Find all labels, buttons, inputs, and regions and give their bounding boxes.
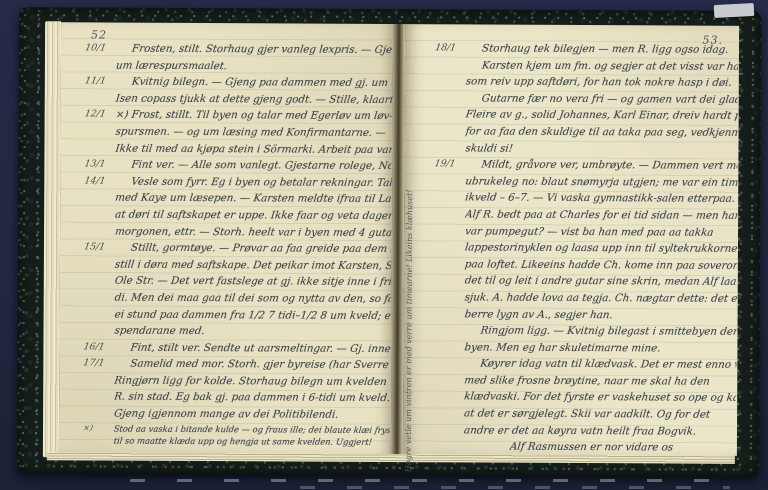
journal-line: spendarane med. [83, 322, 389, 340]
entry-date [82, 273, 115, 290]
entry-text: morgonen, ettr. — Storh. heelt var i bye… [114, 223, 392, 241]
entry-text: Isen copass tjukk at dette gjeng godt. —… [115, 90, 393, 108]
entry-text: ikveld – 6–7. — Vi vaska gymnastikk-sale… [464, 190, 738, 208]
entry-text: ×) Frost, stillt. Til byen og talar med … [115, 107, 393, 125]
entry-date [432, 322, 465, 339]
journal-line: Fleire av g., solid Johannes, Karl Einar… [435, 107, 737, 125]
journal-line: Gutarne fær no vera fri — og gamen vart … [435, 90, 737, 108]
entry-text: still i døra med saftskape. Det peikar i… [114, 256, 392, 274]
entry-date [83, 57, 116, 74]
entry-date [82, 435, 114, 448]
entry-date: 11/1 [83, 74, 116, 91]
journal-line: sjuk. A. hadde lova aa tegja. Ch. nægtar… [434, 289, 736, 307]
entry-text: Alf Rasmussen er nor vidare os [463, 439, 737, 457]
entry-text: Karsten kjem um fm. og segjer at det vis… [465, 57, 739, 75]
entry-text: byen. Men eg har skuletimarne mine. [463, 339, 737, 357]
entry-text: Gjeng igjennom mange av dei Politibilend… [113, 406, 391, 424]
entry-date [83, 190, 116, 207]
entry-date [83, 206, 116, 223]
entry-text: Storhaug tek bilegjen — men R. ligg ogso… [465, 40, 739, 58]
entry-date: 13/1 [83, 157, 116, 174]
journal-line: 10/1Frosten, stilt. Storhaug gjer vanleg… [85, 40, 391, 58]
entry-date: 15/1 [82, 240, 115, 257]
journal-line: med Kaye um læsepen. — Karsten meldte if… [84, 190, 390, 208]
journal-line: morgonen, ettr. — Storh. heelt var i bye… [84, 223, 390, 241]
entry-text: Stillt, gormtøye. — Prøvar aa faa greide… [114, 240, 392, 258]
journal-line: at det er sørgjelegt. Skii var aadkilt. … [433, 405, 735, 423]
entry-text: med Kaye um læsepen. — Karsten meldte if… [114, 190, 392, 208]
journal-line: Alf Rasmussen er nor vidare os [433, 438, 735, 456]
journal-line: 12/1×) Frost, stillt. Til byen og talar … [85, 107, 391, 125]
entry-text: Ole Str. — Det vert fastslege at gj. ikk… [114, 273, 392, 291]
entry-date [432, 256, 465, 273]
entry-date [432, 306, 465, 323]
entry-text: Gutarne fær no vera fri — og gamen vart … [465, 90, 739, 108]
entry-text: um lærespursmaalet. [115, 57, 393, 75]
entry-date [82, 405, 115, 422]
bookmark-tab [714, 3, 755, 18]
journal-line: lappestorinyklen og laasa upp inn til sy… [434, 239, 736, 257]
journal-line: var pumpegut? — vist ba han med paa aa t… [434, 223, 736, 241]
entry-date [432, 239, 465, 256]
entry-text: spendarane med. [113, 323, 391, 341]
entry-date [433, 107, 466, 124]
journal-line: Ikke til med aa kjøpa stein i Sörmarki. … [84, 140, 390, 158]
entry-text: klædvaski. For det fyrste er vaskehuset … [463, 389, 737, 407]
entry-date [433, 90, 466, 107]
entry-date [433, 223, 466, 240]
page-left-lines: 10/1Frosten, stilt. Storhaug gjer vanleg… [83, 40, 391, 448]
entry-date [83, 123, 116, 140]
entry-date [82, 306, 115, 323]
entry-text: Samelid med mor. Storh. gjer byreise (ha… [113, 356, 391, 374]
entry-date [82, 372, 115, 389]
journal-line: um lærespursmaalet. [85, 57, 391, 75]
entry-date: 16/1 [82, 339, 115, 356]
entry-text: at døri til saftskapet er uppe. Ikke faa… [114, 207, 392, 225]
journal-line: Køyrer idag vatn til klædvask. Det er me… [433, 356, 735, 374]
entry-text: Fleire av g., solid Johannes, Karl Einar… [465, 107, 739, 125]
entry-text: som reiv upp saftdøri, for han tok nokre… [465, 74, 739, 92]
entry-text: Vesle som fyrr. Eg i byen og betalar rek… [114, 173, 392, 191]
journal-line: 19/1Mildt, gråvore ver, umbrøyte. — Damm… [434, 156, 736, 174]
entry-date [433, 173, 466, 190]
entry-date [433, 123, 466, 140]
journal-line: andre er det aa køyra vatn heilt fraa Bo… [433, 422, 735, 440]
entry-date [431, 438, 464, 455]
entry-text: ei stund paa dammen fra 1/2 7 tidi–1/2 8… [114, 306, 392, 324]
entry-date [433, 73, 466, 90]
journal-line: klædvaski. For det fyrste er vaskehuset … [433, 389, 735, 407]
entry-date: 17/1 [82, 356, 115, 373]
entry-date: 10/1 [84, 40, 117, 57]
entry-text: til so maatte klæda upp og hengja ut sam… [113, 435, 391, 449]
entry-text: Ringjom ligg. — Kvitnig bilegast i smitt… [463, 322, 737, 340]
entry-text: med slike frosne brøytine, naar me skal … [463, 372, 737, 390]
entry-date [432, 289, 465, 306]
entry-date [83, 90, 116, 107]
entry-text: Frosten, stilt. Storhaug gjer vanleg lex… [115, 41, 393, 59]
entry-date [82, 389, 115, 406]
entry-date: 14/1 [83, 173, 116, 190]
entry-text: ubrukeleg no: blaut snømyrja utgjen; me … [464, 173, 738, 191]
entry-date [432, 356, 465, 373]
journal-line: berre lygn av A., segjer han. [434, 306, 736, 324]
entry-date: 19/1 [433, 156, 466, 173]
entry-text: Alf R. bedt paa at Charles for ei tid si… [464, 206, 738, 224]
entry-date [82, 289, 115, 306]
entry-text: Kvitnig bilegn. — Gjeng paa dammen med g… [115, 74, 393, 92]
journal-line: spursmen. — og um læsing med Konfirmanta… [85, 123, 391, 141]
journal-line: di. Men dei maa gaa til dei som og nytta… [84, 289, 390, 307]
journal-line: R. sin stad. Eg bak gj. paa dammen i 6-t… [83, 389, 389, 407]
entry-text: Fint ver. — Alle som vanlegt. Gjestarne … [114, 157, 392, 175]
journal-line: paa loftet. Likeeins hadde Ch. kome inn … [434, 256, 736, 274]
journal-line: 16/1Fint, stilt ver. Sendte ut aarsmelti… [83, 339, 389, 357]
page-right-lines: 18/1Storhaug tek bilegjen — men R. ligg … [433, 40, 737, 456]
journal-line: ubrukeleg no: blaut snømyrja utgjen; me … [434, 173, 736, 191]
entry-date [432, 339, 465, 356]
entry-text: paa loftet. Likeeins hadde Ch. kome inn … [464, 256, 738, 274]
entry-text: lappestorinyklen og laasa upp inn til sy… [464, 240, 738, 258]
entry-text: berre lygn av A., segjer han. [464, 306, 738, 324]
journal-line: det til og leit i andre gutar sine skrin… [434, 273, 736, 291]
entry-text: R. sin stad. Eg bak gj. paa dammen i 6-t… [113, 389, 391, 407]
entry-date [432, 405, 465, 422]
entry-text: Fint, stilt ver. Sendte ut aarsmeltingar… [113, 339, 391, 357]
page-stack-dashes [300, 486, 730, 489]
book-cover: 52 10/1Frosten, stilt. Storhaug gjer van… [17, 7, 761, 477]
journal-line: skuldi si! [434, 140, 736, 158]
page-right: 53. Høgre vetle um vintren er med verre … [403, 24, 739, 456]
journal-line: 13/1Fint ver. — Alle som vanlegt. Gjesta… [84, 157, 390, 175]
entry-date [432, 422, 465, 439]
journal-line: 18/1Storhaug tek bilegjen — men R. ligg … [435, 40, 737, 58]
entry-text: andre er det aa køyra vatn heilt fraa Bo… [463, 422, 737, 440]
journal-scan: 52 10/1Frosten, stilt. Storhaug gjer van… [0, 0, 768, 490]
entry-text: at det er sørgjelegt. Skii var aadkilt. … [463, 405, 737, 423]
journal-line: at døri til saftskapet er uppe. Ikke faa… [84, 206, 390, 224]
entry-date [432, 372, 465, 389]
journal-line: byen. Men eg har skuletimarne mine. [433, 339, 735, 357]
journal-line: Ole Str. — Det vert fastslege at gj. ikk… [84, 273, 390, 291]
journal-line: 14/1Vesle som fyrr. Eg i byen og betalar… [84, 173, 390, 191]
entry-text: Køyrer idag vatn til klædvask. Det er me… [463, 356, 737, 374]
journal-line: Isen copass tjukk at dette gjeng godt. —… [85, 90, 391, 108]
entry-date [433, 140, 466, 157]
journal-line: still i døra med saftskape. Det peikar i… [84, 256, 390, 274]
entry-date [433, 57, 466, 74]
page-left: 52 10/1Frosten, stilt. Storhaug gjer van… [59, 22, 393, 454]
entry-text: skuldi si! [464, 140, 738, 158]
journal-line: ei stund paa dammen fra 1/2 7 tidi–1/2 8… [84, 306, 390, 324]
entry-text: Ikke til med aa kjøpa stein i Sörmarki. … [114, 140, 392, 158]
entry-date [82, 256, 115, 273]
margin-note: Høgre vetle um vintren er med verre um t… [404, 172, 422, 472]
entry-date [433, 190, 466, 207]
entry-date [432, 389, 465, 406]
entry-text: sjuk. A. hadde lova aa tegja. Ch. nægtar… [464, 289, 738, 307]
journal-line: 15/1Stillt, gormtøye. — Prøvar aa faa gr… [84, 240, 390, 258]
entry-date: 18/1 [434, 40, 467, 57]
journal-line: 11/1Kvitnig bilegn. — Gjeng paa dammen m… [85, 74, 391, 92]
entry-text: var pumpegut? — vist ba han med paa aa t… [464, 223, 738, 241]
journal-line: Karsten kjem um fm. og segjer at det vis… [435, 57, 737, 75]
entry-text: Mildt, gråvore ver, umbrøyte. — Dammen v… [464, 157, 738, 175]
entry-text: Ringjørn ligg for kolde. Storhaug bilegn… [113, 372, 391, 390]
journal-line: Alf R. bedt paa at Charles for ei tid si… [434, 206, 736, 224]
entry-text: spursmen. — og um læsing med Konfirmanta… [115, 124, 393, 142]
entry-date [83, 140, 116, 157]
page-stack-dashes [130, 479, 730, 482]
journal-line: for aa faa den skuldige til aa taka paa … [435, 123, 737, 141]
journal-line: Ringjom ligg. — Kvitnig bilegast i smitt… [433, 322, 735, 340]
entry-text: det til og leit i andre gutar sine skrin… [464, 273, 738, 291]
entry-text: di. Men dei maa gaa til dei som og nytta… [114, 289, 392, 307]
entry-text: for aa faa den skuldige til aa taka paa … [465, 123, 739, 141]
journal-line: ikveld – 6–7. — Vi vaska gymnastikk-sale… [434, 190, 736, 208]
entry-date: ×) [82, 422, 114, 435]
entry-date: 12/1 [83, 107, 116, 124]
entry-date [433, 206, 466, 223]
journal-line: 17/1Samelid med mor. Storh. gjer byreise… [83, 356, 389, 374]
journal-line: til so maatte klæda upp og hengja ut sam… [83, 435, 389, 449]
entry-date [432, 273, 465, 290]
journal-line: Gjeng igjennom mange av dei Politibilend… [83, 405, 389, 423]
entry-date [82, 323, 115, 340]
entry-date [83, 223, 116, 240]
journal-line: som reiv upp saftdøri, for han tok nokre… [435, 73, 737, 91]
